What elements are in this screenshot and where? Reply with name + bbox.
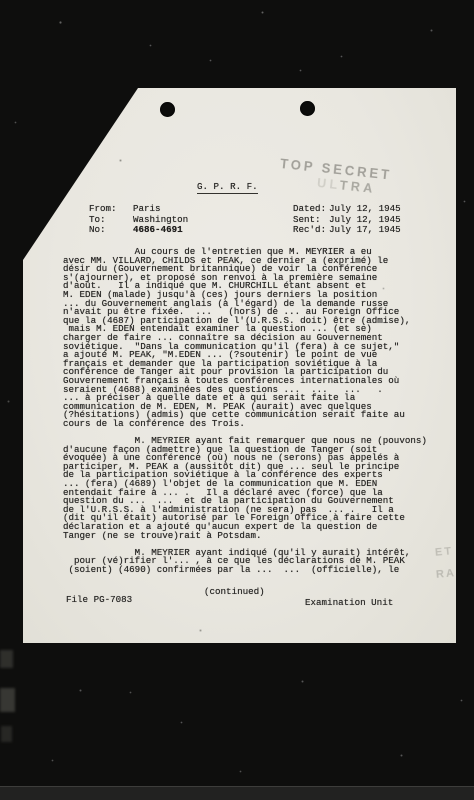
document-title: G. P. R. F. (197, 182, 258, 194)
date-label: Rec'd: (293, 225, 329, 236)
punch-hole (160, 102, 175, 117)
routing-label: No: (89, 225, 133, 236)
dates-block: Dated: July 12, 1945 Sent: July 12, 1945… (293, 204, 401, 236)
examination-unit-label: Examination Unit (305, 597, 393, 608)
date-row-received: Rec'd: July 17, 1945 (293, 225, 401, 236)
routing-row-number: No: 4686-4691 (89, 225, 188, 236)
punch-hole (300, 101, 315, 116)
stamp-fragment-ultra: RA (436, 567, 457, 581)
film-edge-smudge (0, 650, 13, 668)
file-number: File PG-7083 (66, 594, 132, 605)
date-value: July 17, 1945 (329, 225, 401, 236)
scan-background: TOP SECRET ULTRA G. P. R. F. From: Paris… (0, 0, 474, 800)
message-body: Au cours de l'entretien que M. MEYRIER a… (63, 248, 427, 575)
document-page: TOP SECRET ULTRA G. P. R. F. From: Paris… (23, 88, 456, 643)
scan-bottom-band (0, 786, 474, 800)
film-edge-smudge (0, 688, 15, 712)
routing-block: From: Paris To: Washington No: 4686-4691 (89, 204, 188, 236)
stamp-fragment-secret: ET (435, 545, 454, 559)
film-noise-speckles (0, 0, 1, 1)
telegram-number: 4686-4691 (133, 225, 183, 236)
page-noise-specks (23, 88, 24, 89)
film-edge-smudge (1, 726, 12, 742)
continued-note: (continued) (204, 586, 265, 597)
